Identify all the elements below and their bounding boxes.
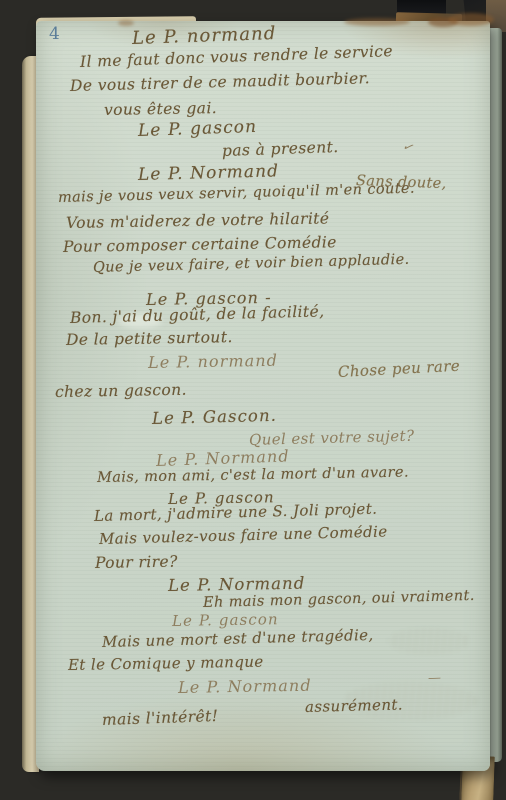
manuscript-line: Mais, mon ami, c'est la mort d'un avare. <box>97 465 409 486</box>
manuscript-line: Le P. Normand <box>178 676 312 697</box>
manuscript-line: mais je vous veux servir, quoiqu'il m'en… <box>58 181 415 206</box>
manuscript-text-layer: 4 Le P. normandIl me faut donc vous rend… <box>0 0 506 800</box>
manuscript-line: — <box>428 671 442 686</box>
manuscript-line: ✓ <box>401 138 416 155</box>
manuscript-line: assurément. <box>305 695 403 716</box>
manuscript-line: Le P. gascon <box>172 610 279 630</box>
manuscript-line: De vous tirer de ce maudit bourbier. <box>70 69 370 95</box>
manuscript-line: Que je veux faire, et voir bien applaudi… <box>93 252 410 276</box>
manuscript-line: Le P. normand <box>132 23 277 49</box>
manuscript-line: Quel est votre sujet? <box>249 427 415 449</box>
manuscript-line: Le P. gascon <box>138 117 258 141</box>
manuscript-line: Mais voulez-vous faire une Comédie <box>99 522 388 548</box>
manuscript-line: Mais une mort est d'une tragédie, <box>102 626 374 651</box>
manuscript-line: La mort, j'admire une S. Joli projet. <box>94 500 378 525</box>
manuscript-line: Bon. j'ai du goût, de la facilité, <box>70 302 325 327</box>
manuscript-line: Le P. Gascon. <box>152 406 278 428</box>
manuscript-line: chez un gascon. <box>55 381 187 401</box>
manuscript-line: vous êtes gai. <box>104 99 217 119</box>
manuscript-line: Pour composer certaine Comédie <box>63 233 337 256</box>
scan-photograph: { "colors": { "background": "#2b2a26", "… <box>0 0 506 800</box>
manuscript-line: Le P. Normand <box>138 161 280 185</box>
manuscript-line: Pour rire? <box>95 553 178 572</box>
manuscript-line: Le P. Normand <box>168 574 306 595</box>
manuscript-line: Et le Comique y manque <box>68 653 264 674</box>
manuscript-line: De la petite surtout. <box>66 328 233 349</box>
manuscript-line: mais l'intérêt! <box>102 707 219 729</box>
manuscript-line: Vous m'aiderez de votre hilarité <box>66 209 330 232</box>
page-number: 4 <box>49 24 60 44</box>
manuscript-line: Le P. normand <box>148 351 278 372</box>
manuscript-line: pas à present. <box>222 138 339 160</box>
manuscript-line: Il me faut donc vous rendre le service <box>80 42 394 71</box>
manuscript-line: Chose peu rare <box>338 357 461 381</box>
